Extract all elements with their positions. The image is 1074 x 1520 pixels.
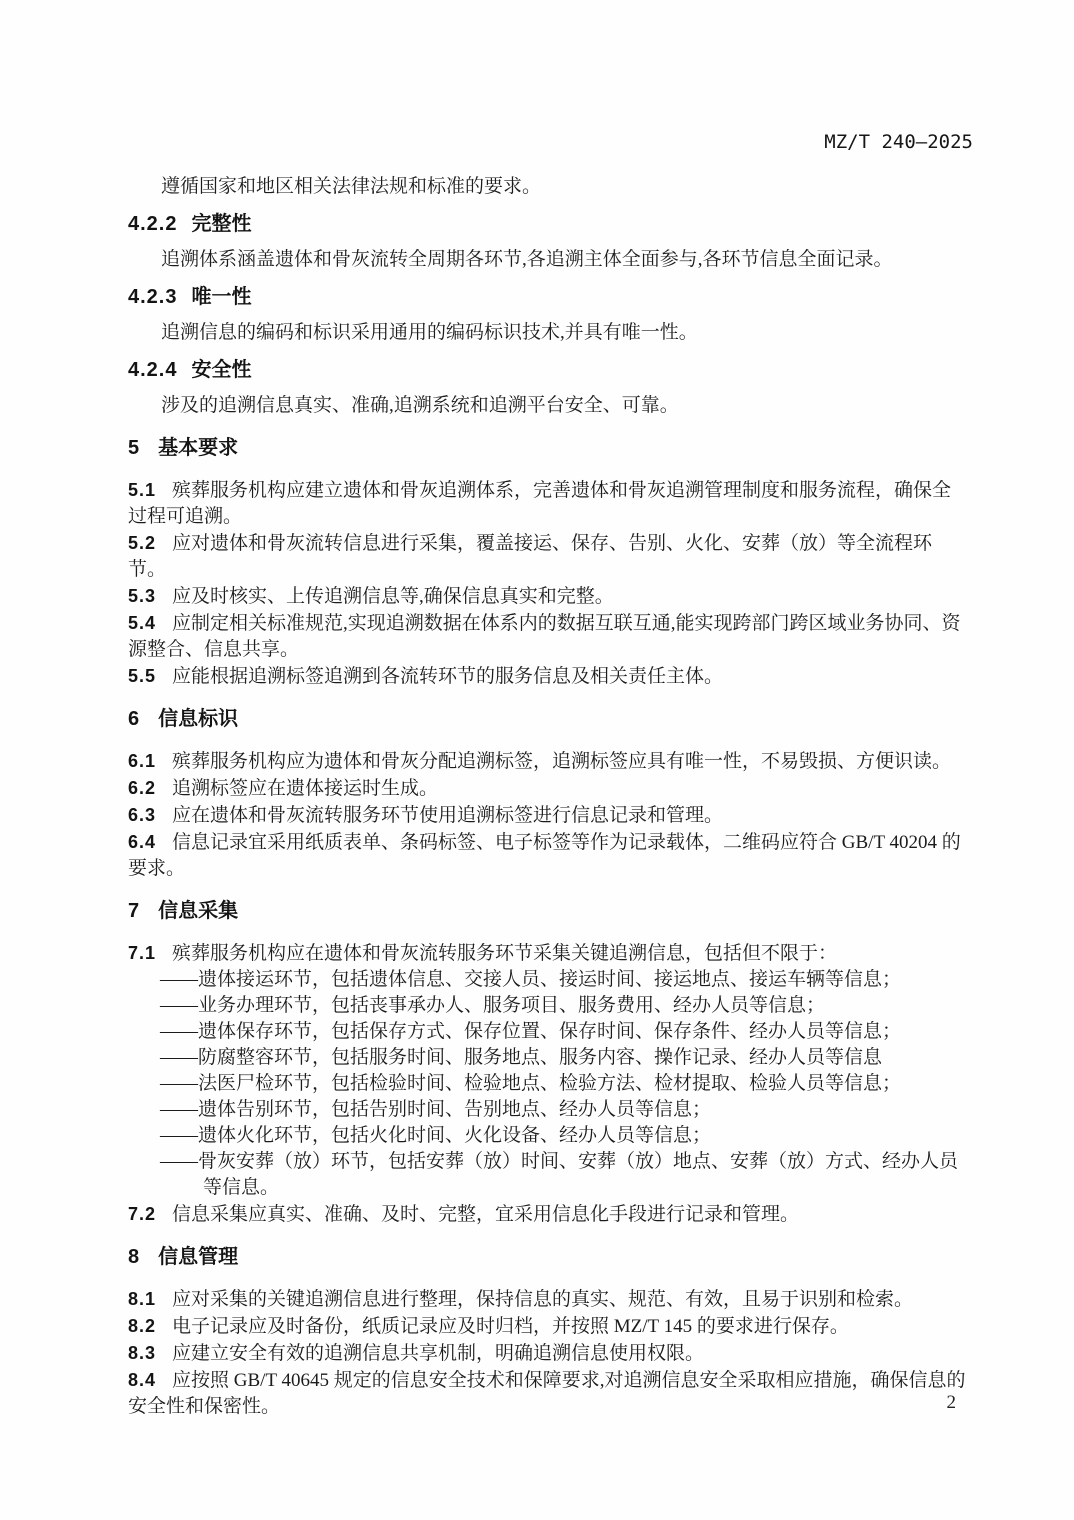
- clause-number: 7.1: [128, 943, 156, 963]
- clause-number: 8.4: [128, 1370, 156, 1390]
- clause-number: 6.3: [128, 805, 156, 825]
- dash-list-item: ——骨灰安葬（放）环节，包括安葬（放）时间、安葬（放）地点、安葬（放）方式、经办…: [128, 1149, 970, 1201]
- clause: 7.2信息采集应真实、准确、及时、完整，宜采用信息化手段进行记录和管理。: [128, 1201, 970, 1228]
- clause-text: 应能根据追溯标签追溯到各流转环节的服务信息及相关责任主体。: [172, 666, 723, 687]
- page-footer: 2: [947, 1392, 957, 1414]
- clause-text: 电子记录应及时备份，纸质记录应及时归档，并按照 MZ/T 145 的要求进行保存…: [172, 1316, 849, 1337]
- clause-text: 应对遗体和骨灰流转信息进行采集，覆盖接运、保存、告别、火化、安葬（放）等全流程环…: [128, 533, 932, 580]
- clause: 6.1殡葬服务机构应为遗体和骨灰分配追溯标签，追溯标签应具有唯一性，不易毁损、方…: [128, 748, 970, 775]
- dash-list-item: ——法医尸检环节，包括检验时间、检验地点、检验方法、检材提取、检验人员等信息；: [128, 1071, 970, 1097]
- heading-number: 4.2.3: [128, 286, 177, 308]
- clause-number: 5.5: [128, 666, 156, 686]
- clause-number: 5.4: [128, 613, 156, 633]
- clause-text: 殡葬服务机构应建立遗体和骨灰追溯体系，完善遗体和骨灰追溯管理制度和服务流程，确保…: [128, 480, 951, 527]
- heading-number: 7: [128, 900, 139, 922]
- heading-number: 4.2.2: [128, 213, 177, 235]
- section-heading: 6信息标识: [128, 706, 970, 732]
- clause: 5.1殡葬服务机构应建立遗体和骨灰追溯体系，完善遗体和骨灰追溯管理制度和服务流程…: [128, 477, 970, 530]
- clause: 6.2追溯标签应在遗体接运时生成。: [128, 775, 970, 802]
- clause-number: 7.2: [128, 1204, 156, 1224]
- dash-list-item: ——遗体火化环节，包括火化时间、火化设备、经办人员等信息；: [128, 1123, 970, 1149]
- page-number: 2: [947, 1392, 957, 1413]
- clause: 6.4信息记录宜采用纸质表单、条码标签、电子标签等作为记录载体，二维码应符合 G…: [128, 829, 970, 882]
- dash-list-item: ——业务办理环节，包括丧事承办人、服务项目、服务费用、经办人员等信息；: [128, 993, 970, 1019]
- paragraph: 遵循国家和地区相关法律法规和标准的要求。: [128, 174, 970, 200]
- heading-number: 6: [128, 708, 139, 730]
- clause: 8.2电子记录应及时备份，纸质记录应及时归档，并按照 MZ/T 145 的要求进…: [128, 1313, 970, 1340]
- dash-list-item: ——遗体接运环节，包括遗体信息、交接人员、接运时间、接运地点、接运车辆等信息；: [128, 967, 970, 993]
- clause-heading: 4.2.2完整性: [128, 211, 970, 237]
- section-heading: 5基本要求: [128, 435, 970, 461]
- clause-text: 殡葬服务机构应在遗体和骨灰流转服务环节采集关键追溯信息，包括但不限于：: [172, 943, 837, 964]
- document-page: MZ/T 240—2025 遵循国家和地区相关法律法规和标准的要求。4.2.2完…: [0, 0, 1074, 1520]
- clause-text: 追溯标签应在遗体接运时生成。: [172, 778, 438, 799]
- document-body: 遵循国家和地区相关法律法规和标准的要求。4.2.2完整性追溯体系涵盖遗体和骨灰流…: [128, 174, 970, 1420]
- heading-number: 5: [128, 437, 139, 459]
- clause-number: 8.3: [128, 1343, 156, 1363]
- clause: 8.1应对采集的关键追溯信息进行整理，保持信息的真实、规范、有效，且易于识别和检…: [128, 1286, 970, 1313]
- clause-heading: 4.2.4安全性: [128, 357, 970, 383]
- heading-title: 基本要求: [158, 437, 238, 459]
- heading-title: 安全性: [191, 359, 251, 381]
- clause-text: 应建立安全有效的追溯信息共享机制，明确追溯信息使用权限。: [172, 1343, 704, 1364]
- clause-text: 应对采集的关键追溯信息进行整理，保持信息的真实、规范、有效，且易于识别和检索。: [172, 1289, 913, 1310]
- clause-number: 5.3: [128, 586, 156, 606]
- clause: 7.1殡葬服务机构应在遗体和骨灰流转服务环节采集关键追溯信息，包括但不限于：: [128, 940, 970, 967]
- clause-text: 信息记录宜采用纸质表单、条码标签、电子标签等作为记录载体，二维码应符合 GB/T…: [128, 832, 961, 879]
- clause-text: 应及时核实、上传追溯信息等,确保信息真实和完整。: [172, 586, 614, 607]
- clause-text: 应在遗体和骨灰流转服务环节使用追溯标签进行信息记录和管理。: [172, 805, 723, 826]
- clause-number: 5.2: [128, 533, 156, 553]
- clause: 5.2应对遗体和骨灰流转信息进行采集，覆盖接运、保存、告别、火化、安葬（放）等全…: [128, 530, 970, 583]
- section-heading: 7信息采集: [128, 898, 970, 924]
- heading-number: 4.2.4: [128, 359, 177, 381]
- heading-title: 信息标识: [158, 708, 238, 730]
- heading-title: 信息管理: [158, 1246, 238, 1268]
- paragraph: 追溯信息的编码和标识采用通用的编码标识技术,并具有唯一性。: [128, 320, 970, 346]
- clause-number: 6.4: [128, 832, 156, 852]
- clause-number: 8.1: [128, 1289, 156, 1309]
- dash-list-item: ——防腐整容环节，包括服务时间、服务地点、服务内容、操作记录、经办人员等信息: [128, 1045, 970, 1071]
- clause: 8.3应建立安全有效的追溯信息共享机制，明确追溯信息使用权限。: [128, 1340, 970, 1367]
- heading-title: 唯一性: [191, 286, 251, 308]
- dash-list-item: ——遗体告别环节，包括告别时间、告别地点、经办人员等信息；: [128, 1097, 970, 1123]
- clause-number: 6.2: [128, 778, 156, 798]
- heading-title: 完整性: [191, 213, 251, 235]
- heading-title: 信息采集: [158, 900, 238, 922]
- standard-number: MZ/T 240—2025: [824, 131, 973, 153]
- clause: 8.4应按照 GB/T 40645 规定的信息安全技术和保障要求,对追溯信息安全…: [128, 1367, 970, 1420]
- clause-heading: 4.2.3唯一性: [128, 284, 970, 310]
- clause-number: 6.1: [128, 751, 156, 771]
- heading-number: 8: [128, 1246, 139, 1268]
- section-heading: 8信息管理: [128, 1244, 970, 1270]
- paragraph: 涉及的追溯信息真实、准确,追溯系统和追溯平台安全、可靠。: [128, 393, 970, 419]
- clause-text: 应按照 GB/T 40645 规定的信息安全技术和保障要求,对追溯信息安全采取相…: [128, 1370, 965, 1417]
- clause-number: 8.2: [128, 1316, 156, 1336]
- clause-text: 殡葬服务机构应为遗体和骨灰分配追溯标签，追溯标签应具有唯一性，不易毁损、方便识读…: [172, 751, 951, 772]
- page-header: MZ/T 240—2025: [128, 130, 973, 154]
- clause-number: 5.1: [128, 480, 156, 500]
- clause: 5.5应能根据追溯标签追溯到各流转环节的服务信息及相关责任主体。: [128, 663, 970, 690]
- clause: 5.4应制定相关标准规范,实现追溯数据在体系内的数据互联互通,能实现跨部门跨区域…: [128, 610, 970, 663]
- paragraph: 追溯体系涵盖遗体和骨灰流转全周期各环节,各追溯主体全面参与,各环节信息全面记录。: [128, 247, 970, 273]
- clause-text: 信息采集应真实、准确、及时、完整，宜采用信息化手段进行记录和管理。: [172, 1204, 799, 1225]
- dash-list-item: ——遗体保存环节，包括保存方式、保存位置、保存时间、保存条件、经办人员等信息；: [128, 1019, 970, 1045]
- clause: 6.3应在遗体和骨灰流转服务环节使用追溯标签进行信息记录和管理。: [128, 802, 970, 829]
- clause-text: 应制定相关标准规范,实现追溯数据在体系内的数据互联互通,能实现跨部门跨区域业务协…: [128, 613, 961, 660]
- clause: 5.3应及时核实、上传追溯信息等,确保信息真实和完整。: [128, 583, 970, 610]
